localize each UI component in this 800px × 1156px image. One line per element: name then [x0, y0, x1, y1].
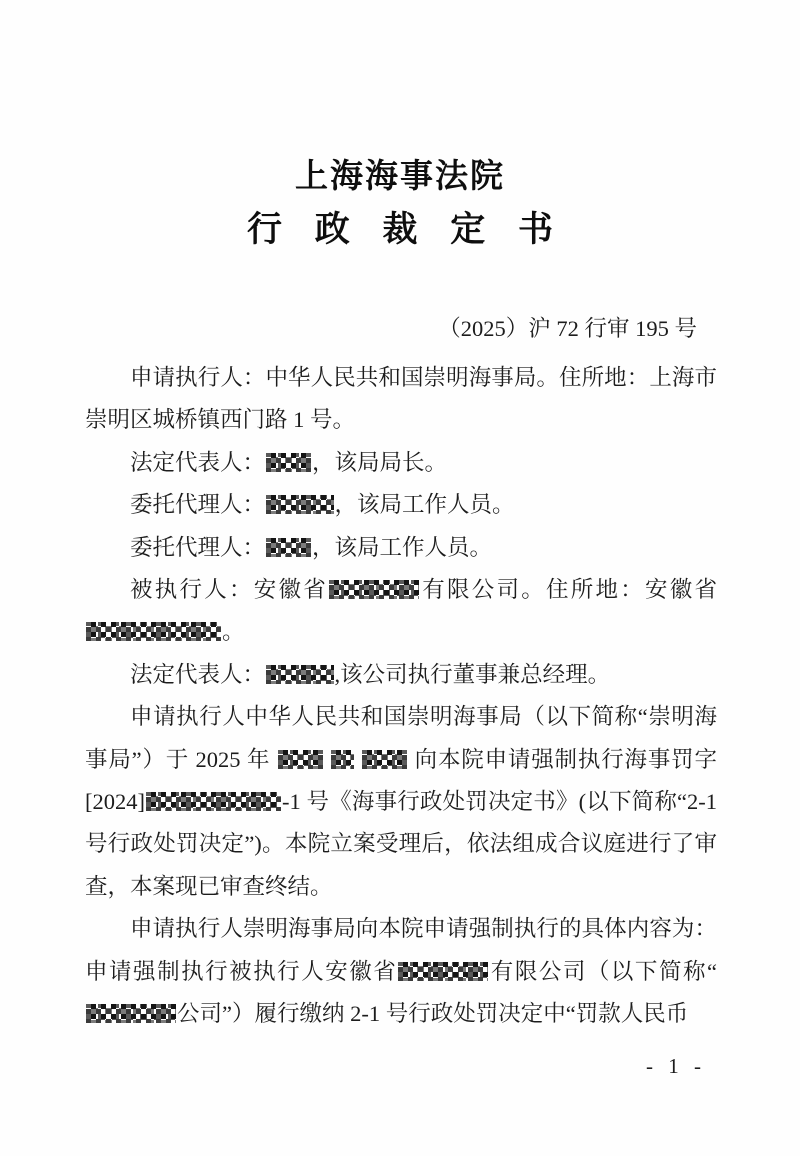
paragraph: 被执行人：安徽省有限公司。住所地：安徽省。	[85, 569, 717, 654]
paragraph: 申请执行人中华人民共和国崇明海事局（以下简称“崇明海事局”）于 2025 年 向…	[85, 696, 717, 908]
text-run: 委托代理人：	[130, 535, 265, 560]
paragraph: 申请执行人：中华人民共和国崇明海事局。住所地：上海市崇明区城桥镇西门路 1 号。	[85, 357, 717, 442]
redaction	[146, 792, 281, 811]
paragraph: 委托代理人：，该局工作人员。	[85, 527, 717, 569]
redaction	[398, 962, 488, 981]
text-run: ，该局工作人员。	[312, 535, 492, 560]
redaction	[266, 665, 334, 684]
text-run: 。	[222, 619, 245, 644]
document-body: 申请执行人：中华人民共和国崇明海事局。住所地：上海市崇明区城桥镇西门路 1 号。…	[85, 357, 717, 1036]
redaction	[362, 750, 407, 769]
paragraph: 法定代表人：，该局局长。	[85, 442, 717, 484]
text-run: 有限公司。住所地：安徽省	[420, 577, 717, 602]
paragraph: 委托代理人：，该局工作人员。	[85, 484, 717, 526]
document-type: 行 政 裁 定 书	[0, 202, 800, 252]
text-run: 申请执行人：中华人民共和国崇明海事局。住所地：上海市崇明区城桥镇西门路 1 号。	[85, 365, 717, 432]
document-page: 上海海事法院 行 政 裁 定 书 （2025）沪 72 行审 195 号 申请执…	[0, 0, 800, 1156]
text-run: 法定代表人：	[130, 662, 265, 687]
text-run: ，该局工作人员。	[335, 492, 515, 517]
redaction	[278, 750, 323, 769]
text-run: 公司”）履行缴纳 2-1 号行政处罚决定中“罚款人民币	[177, 1001, 688, 1026]
page-number: - 1 -	[646, 1054, 706, 1079]
court-name: 上海海事法院	[0, 150, 800, 197]
text-run: ，该局局长。	[312, 450, 447, 475]
redaction	[329, 580, 419, 599]
redaction	[266, 495, 334, 514]
redaction	[266, 538, 311, 557]
redaction	[266, 453, 311, 472]
text-run: 法定代表人：	[130, 450, 265, 475]
text-run	[324, 747, 330, 772]
text-run: ,该公司执行董事兼总经理。	[335, 662, 611, 687]
text-run: 被执行人：安徽省	[130, 577, 328, 602]
case-number: （2025）沪 72 行审 195 号	[438, 311, 697, 343]
redaction	[331, 750, 354, 769]
text-run: 有限公司（以下简称“	[489, 959, 717, 984]
paragraph: 申请执行人崇明海事局向本院申请强制执行的具体内容为：申请强制执行被执行人安徽省有…	[85, 908, 717, 1035]
paragraph: 法定代表人：,该公司执行董事兼总经理。	[85, 654, 717, 696]
redaction	[86, 622, 221, 641]
text-run: 委托代理人：	[130, 492, 265, 517]
redaction	[86, 1004, 176, 1023]
text-run	[355, 747, 361, 772]
